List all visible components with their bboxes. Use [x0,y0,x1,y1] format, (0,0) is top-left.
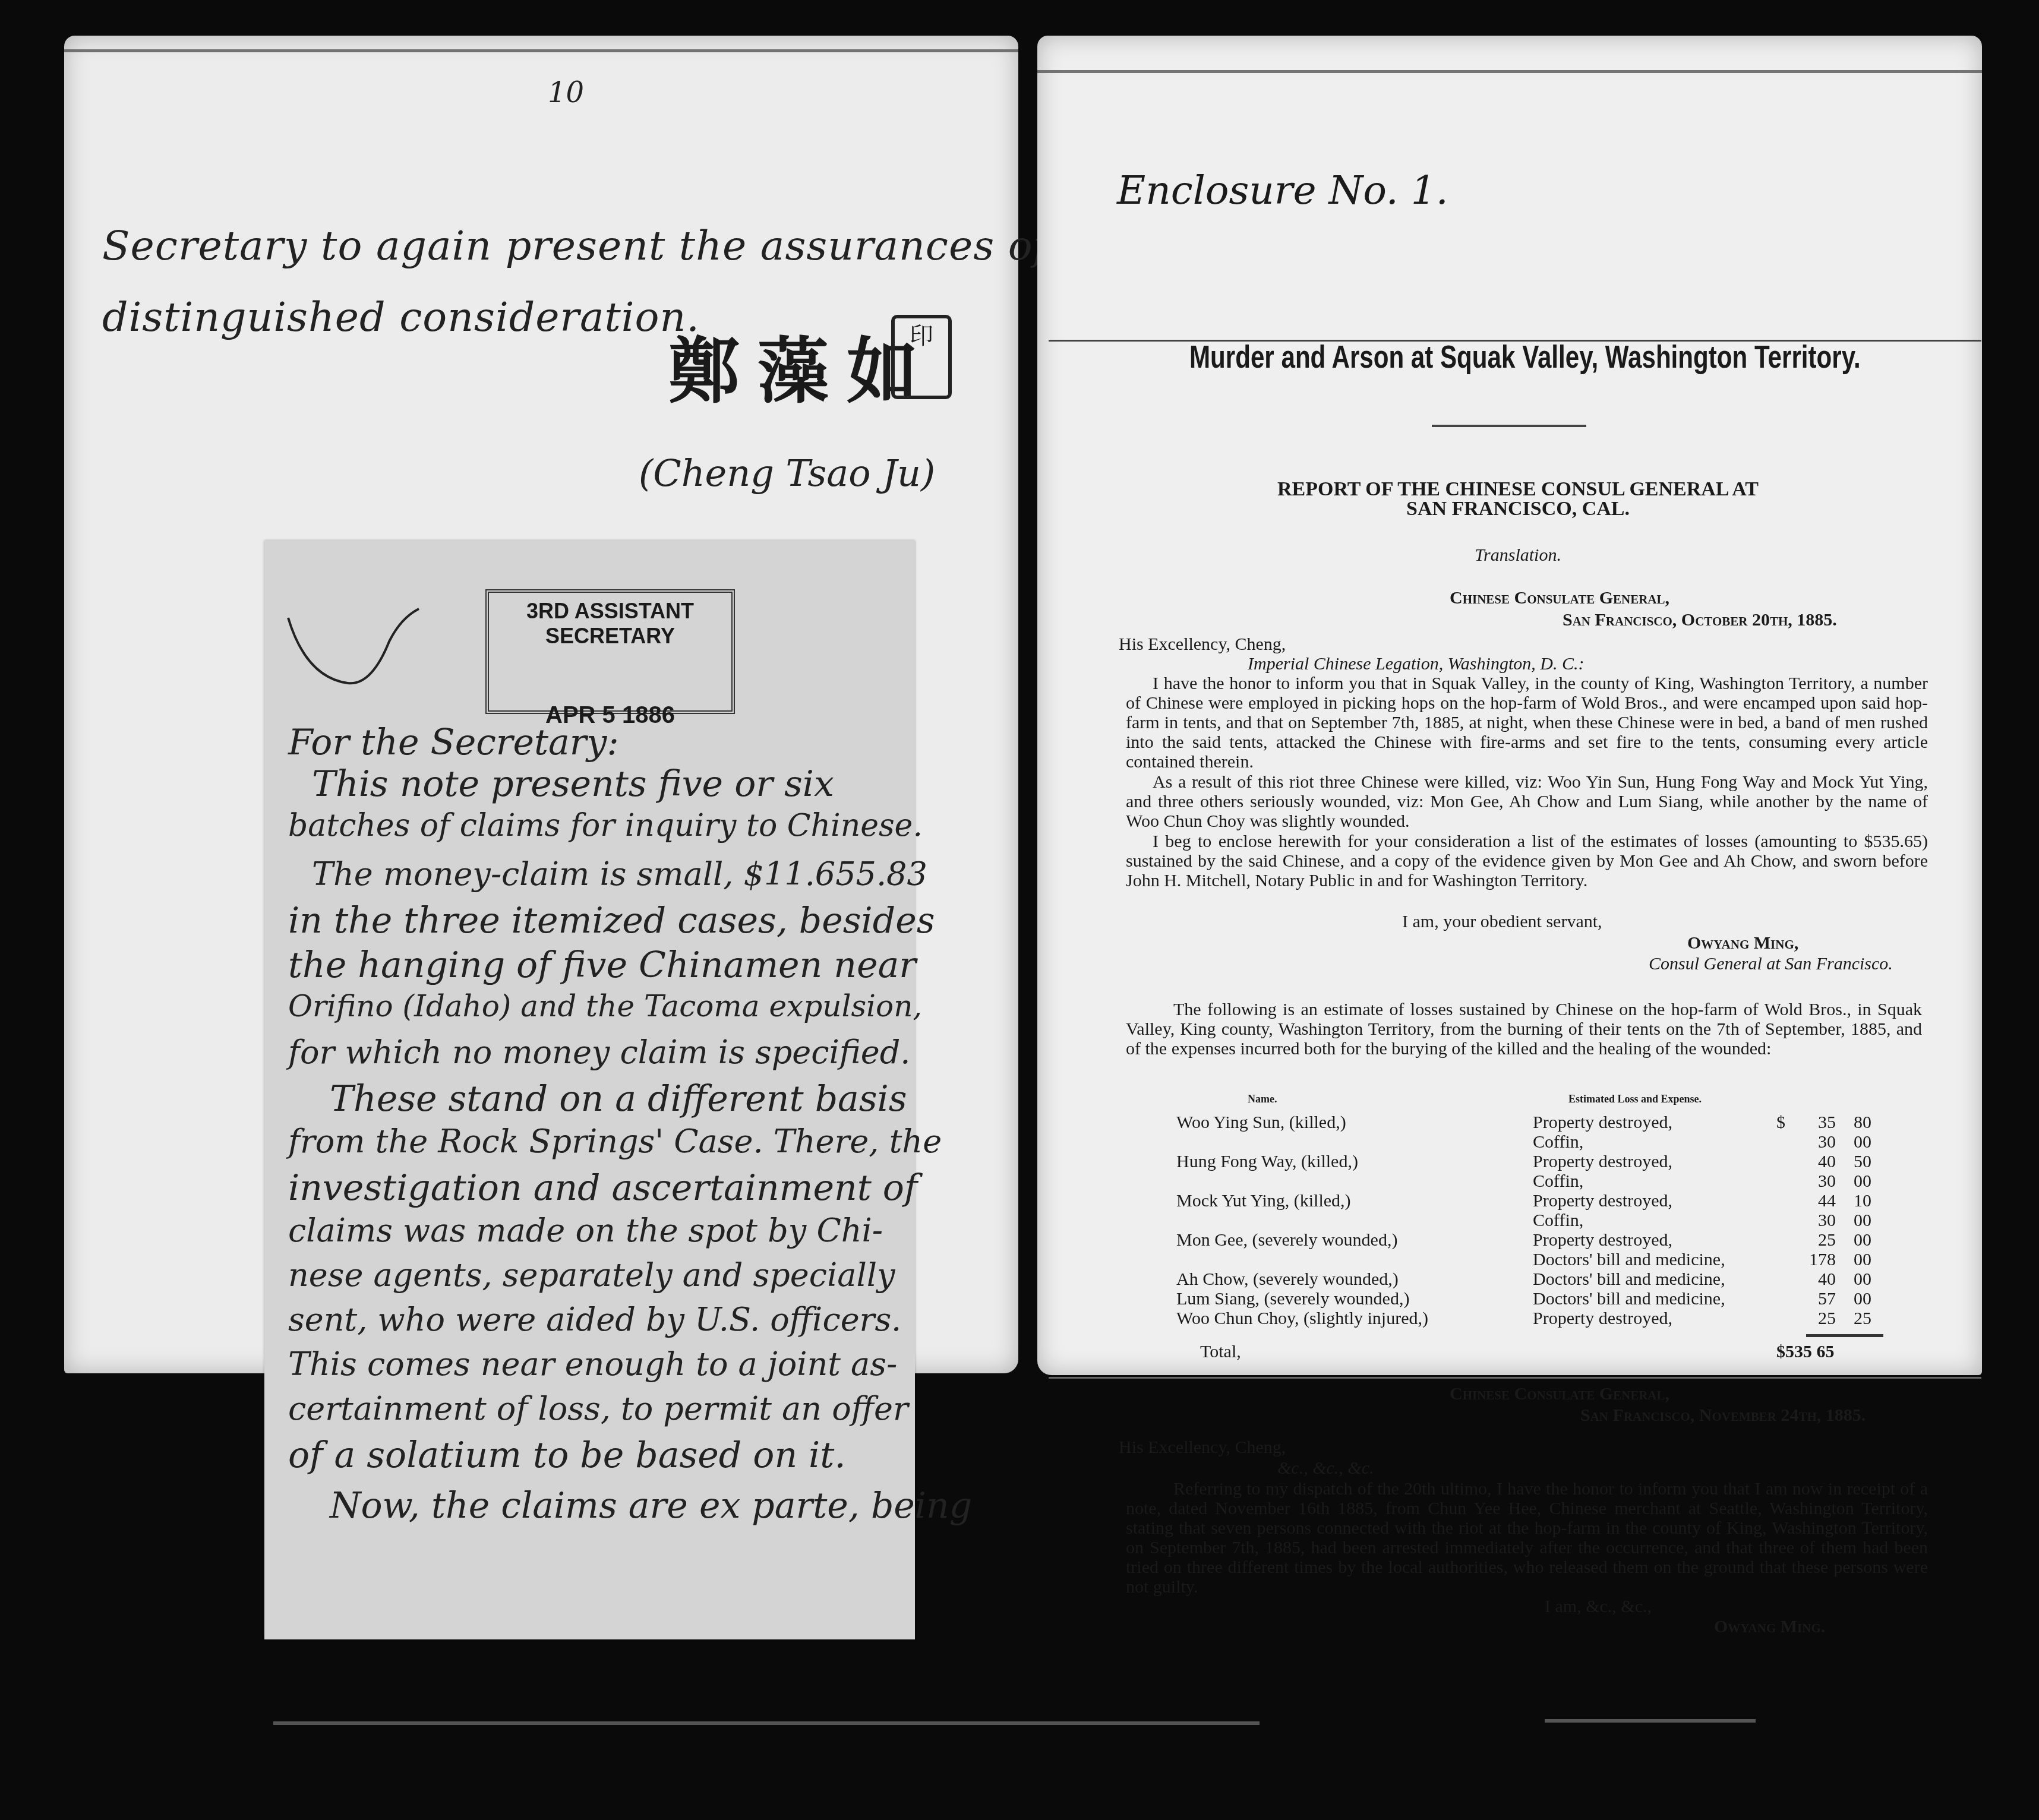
short-rule [1432,425,1586,427]
table-row: Woo Chun Choy, (slightly injured,)Proper… [1123,1309,1955,1328]
seal-text: 印 [910,323,933,350]
table-row: Ah Chow, (severely wounded,)Doctors' bil… [1123,1269,1955,1289]
report-title-line-2: SAN FRANCISCO, CAL. [1069,498,1967,520]
table-row: Coffin,3000 [1123,1211,1955,1230]
address: Imperial Chinese Legation, Washington, D… [1248,654,1584,674]
amount-dollars: 40 [1794,1152,1836,1172]
amount-dollars: 30 [1794,1171,1836,1192]
note-line: These stand on a different basis [330,1078,907,1120]
note-line: for which no money claim is specified. [288,1034,910,1071]
dateline-2: San Francisco, November 24th, 1885. [1580,1405,1866,1425]
closing-line-2: distinguished consideration. [102,294,700,341]
table-row: Coffin,3000 [1123,1171,1955,1191]
table-row: Lum Siang, (severely wounded,)Doctors' b… [1123,1289,1955,1309]
amount-cents: 00 [1836,1211,1871,1231]
page-rule [64,49,1018,52]
amount-cents: 25 [1836,1309,1871,1329]
estimate-intro: The following is an estimate of losses s… [1126,1000,1922,1058]
total-value: $535 65 [1776,1342,1835,1362]
note-line: This comes near enough to a joint as- [288,1345,897,1383]
page-rule [1037,70,1982,73]
header-estimate: Estimated Loss and Expense. [1533,1093,1702,1105]
section-rule [1049,1377,1981,1379]
note-line: in the three itemized cases, besides [288,900,935,941]
note-line: from the Rock Springs' Case. There, the [288,1123,942,1160]
loss-item: Property destroyed, [1533,1309,1776,1329]
amount-dollars: 25 [1794,1230,1836,1250]
table-row: Coffin,3000 [1123,1132,1955,1152]
seal-stamp-icon: 印 [891,315,952,399]
dollar-sign: $ [1776,1113,1794,1133]
total-label: Total, [1123,1342,1533,1362]
loss-item: Coffin, [1533,1171,1776,1192]
loss-item: Doctors' bill and medicine, [1533,1289,1776,1309]
table-row: Mock Yut Ying, (killed,)Property destroy… [1123,1191,1955,1211]
amount-dollars: 57 [1794,1289,1836,1309]
loss-item: Property destroyed, [1533,1230,1776,1250]
note-line: the hanging of five Chinamen near [288,944,916,986]
note-line: claims was made on the spot by Chi- [288,1212,883,1249]
sender-org-2: Chinese Consulate General, [1450,1384,1669,1404]
victim-name: Mock Yut Ying, (killed,) [1123,1191,1533,1211]
amount-dollars: 30 [1794,1132,1836,1152]
address-2: &c., &c., &c. [1277,1458,1374,1478]
headline: Murder and Arson at Squak Valley, Washin… [1189,339,1861,375]
amount-cents: 00 [1836,1230,1871,1250]
letter1-signer: Owyang Ming, [1687,933,1798,953]
bottom-rule [273,1721,1260,1725]
amount-cents: 00 [1836,1171,1871,1192]
enclosure-label: Enclosure No. 1. [1117,168,1448,213]
loss-item: Doctors' bill and medicine, [1533,1250,1776,1270]
note-line: Now, the claims are ex parte, being [330,1485,972,1527]
loss-item: Coffin, [1533,1211,1776,1231]
total-row: Total, $535 65 [1123,1342,1955,1361]
amount-cents: 50 [1836,1152,1871,1172]
loss-item: Property destroyed, [1533,1191,1776,1211]
letter1-paragraph-2: As a result of this riot three Chinese w… [1126,772,1928,831]
loss-item: Doctors' bill and medicine, [1533,1269,1776,1290]
loss-item: Property destroyed, [1533,1152,1776,1172]
amount-dollars: 30 [1794,1211,1836,1231]
table-header: Name. Estimated Loss and Expense. [1123,1093,1955,1113]
translation-label: Translation. [1069,545,1967,565]
victim-name: Ah Chow, (severely wounded,) [1123,1269,1533,1290]
amount-cents: 00 [1836,1289,1871,1309]
bottom-rule-right [1545,1719,1756,1723]
salutation: His Excellency, Cheng, [1119,634,1286,654]
loss-item: Property destroyed, [1533,1113,1776,1133]
victim-name: Hung Fong Way, (killed,) [1123,1152,1533,1172]
stamp-title: 3RD ASSISTANT SECRETARY [495,599,725,649]
amount-dollars: 35 [1794,1113,1836,1133]
table-row: Hung Fong Way, (killed,)Property destroy… [1123,1152,1955,1171]
amount-cents: 00 [1836,1132,1871,1152]
letter2-signer: Owyang Ming. [1714,1617,1825,1636]
letter1-closing: I am, your obedient servant, [1402,912,1602,931]
note-line: sent, who were aided by U.S. officers. [288,1301,901,1338]
note-line: investigation and ascertainment of [288,1167,917,1209]
amount-cents: 00 [1836,1250,1871,1270]
victim-name: Lum Siang, (severely wounded,) [1123,1289,1533,1309]
letter1-paragraph-1: I have the honor to inform you that in S… [1126,674,1928,772]
dateline: San Francisco, October 20th, 1885. [1563,610,1837,630]
note-line: Orifino (Idaho) and the Tacoma expulsion… [288,989,922,1023]
amount-cents: 00 [1836,1269,1871,1290]
table-row: Mon Gee, (severely wounded,)Property des… [1123,1230,1955,1250]
victim-name: Mon Gee, (severely wounded,) [1123,1230,1533,1250]
pen-scribble-icon [282,606,437,701]
header-name: Name. [1123,1093,1533,1105]
letter2-paragraph: Referring to my dispatch of the 20th ult… [1126,1479,1928,1597]
page-number: 10 [548,76,584,109]
note-line: This note presents five or six [312,763,834,805]
table-row: Woo Ying Sun, (killed,)Property destroye… [1123,1113,1955,1132]
romanized-signature: (Cheng Tsao Ju) [639,451,935,495]
amount-dollars: 178 [1794,1250,1836,1270]
victim-name: Woo Chun Choy, (slightly injured,) [1123,1309,1533,1329]
loss-item: Coffin, [1533,1132,1776,1152]
note-line: nese agents, separately and specially [288,1256,895,1294]
note-line: batches of claims for inquiry to Chinese… [288,808,923,843]
total-rule [1806,1334,1883,1337]
received-stamp: 3RD ASSISTANT SECRETARY APR 5 1886 [485,589,735,714]
victim-name: Woo Ying Sun, (killed,) [1123,1113,1533,1133]
amount-cents: 10 [1836,1191,1871,1211]
salutation-2: His Excellency, Cheng, [1119,1437,1286,1457]
amount-dollars: 40 [1794,1269,1836,1290]
letter1-signer-title: Consul General at San Francisco. [1649,954,1893,974]
losses-table: Name. Estimated Loss and Expense. Woo Yi… [1123,1093,1955,1361]
amount-cents: 80 [1836,1113,1871,1133]
letter2-closing: I am, &c., &c., [1545,1597,1652,1616]
sender-org: Chinese Consulate General, [1450,588,1669,608]
note-line: certainment of loss, to permit an offer [288,1390,908,1427]
note-line: of a solatium to be based on it. [288,1434,846,1476]
note-line: The money-claim is small, $11.655.83 [312,855,927,893]
note-line: For the Secretary: [288,722,619,763]
table-row: Doctors' bill and medicine,17800 [1123,1250,1955,1269]
amount-dollars: 44 [1794,1191,1836,1211]
memo-note-slip: 3RD ASSISTANT SECRETARY APR 5 1886 For t… [264,541,915,1639]
amount-dollars: 25 [1794,1309,1836,1329]
letter1-paragraph-3: I beg to enclose herewith for your consi… [1126,832,1928,890]
